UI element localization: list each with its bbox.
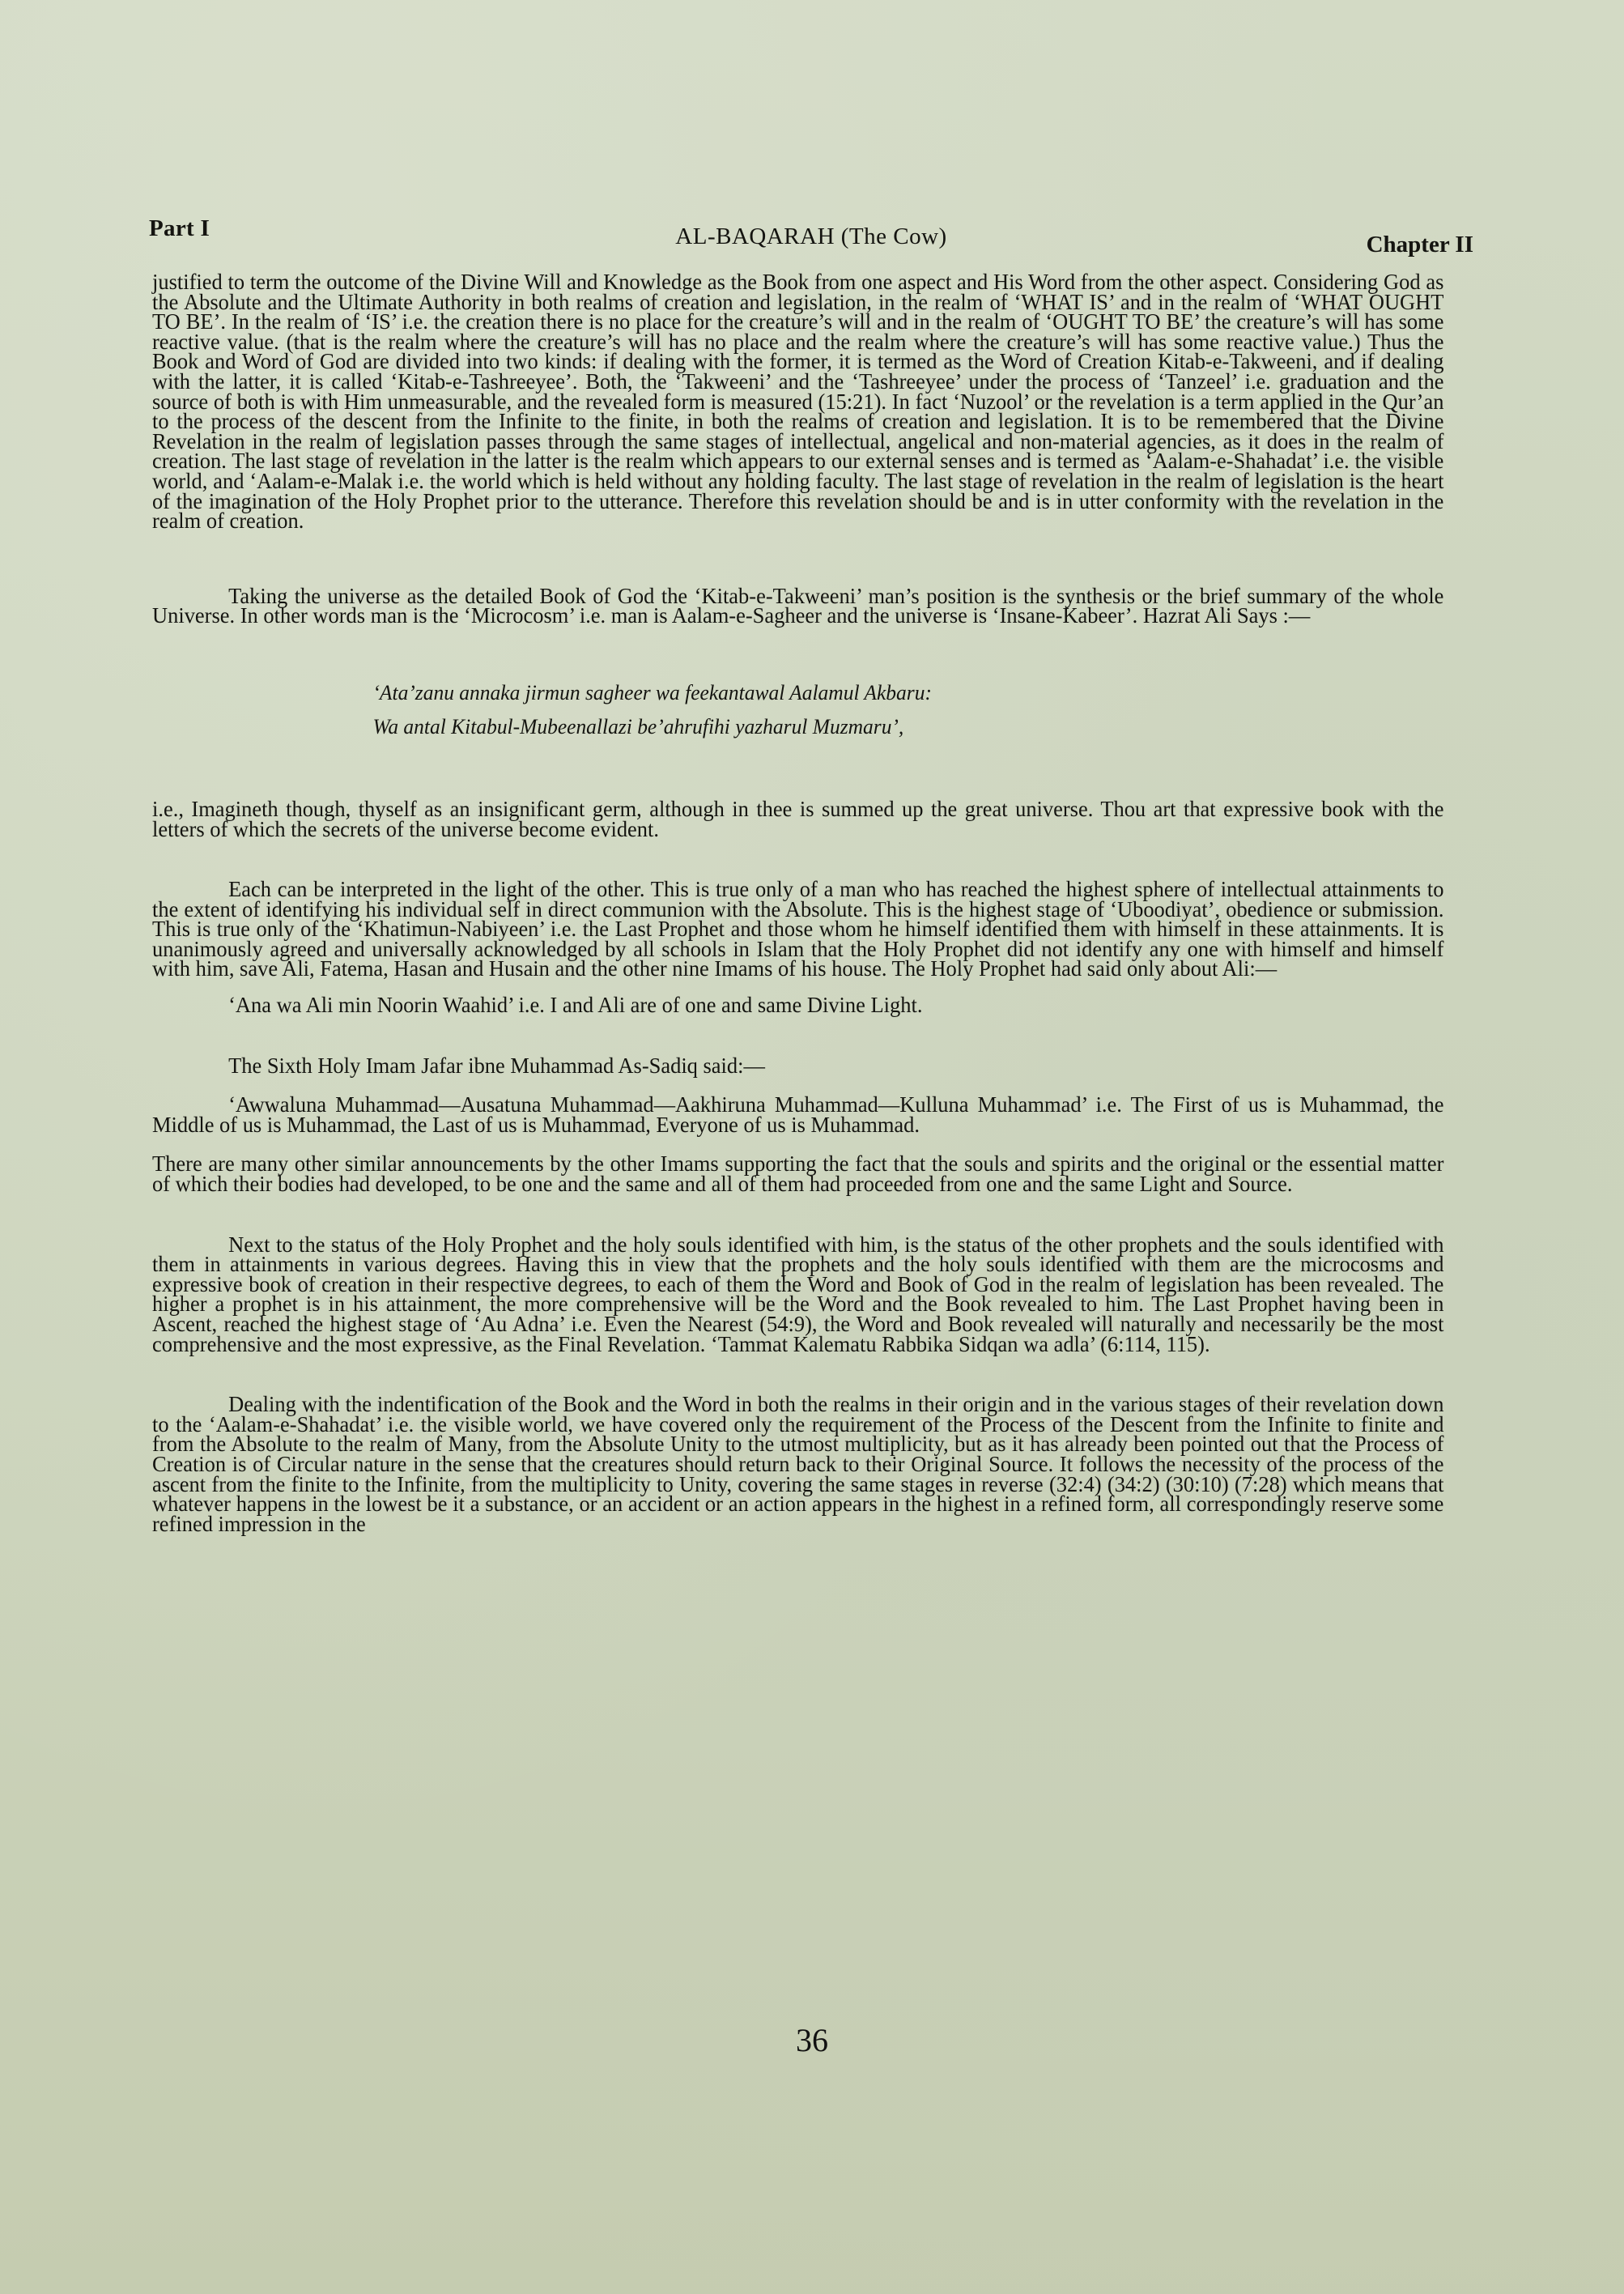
book-page: Part I AL-BAQARAH (The Cow) Chapter II j…	[0, 0, 1624, 2294]
chapter-title: AL-BAQARAH (The Cow)	[149, 223, 1473, 250]
paragraph-3: Each can be interpreted in the light of …	[152, 879, 1443, 979]
paragraph-6: Dealing with the indentification of the …	[152, 1394, 1443, 1534]
body-text: justified to term the outcome of the Div…	[152, 272, 1443, 1534]
paragraph-4: There are many other similar announcemen…	[152, 1154, 1443, 1194]
paragraph-5: Next to the status of the Holy Prophet a…	[152, 1235, 1443, 1355]
verse-line-1: ‘Ata’zanu annaka jirmun sagheer wa feeka…	[372, 676, 1443, 710]
page-number: 36	[0, 2021, 1624, 2059]
paragraph-translation: i.e., Imagineth though, thyself as an in…	[152, 799, 1443, 839]
verse-line-2: Wa antal Kitabul-Mubeenallazi be’ahrufih…	[372, 710, 1443, 744]
chapter-label: Chapter II	[1367, 232, 1473, 258]
hadith-muhammad-quote: ‘Awwaluna Muhammad—Ausatuna Muhammad—Aak…	[152, 1095, 1443, 1134]
paragraph-2: Taking the universe as the detailed Book…	[152, 586, 1443, 626]
running-header: Part I AL-BAQARAH (The Cow) Chapter II	[149, 212, 1473, 261]
paragraph-1: justified to term the outcome of the Div…	[152, 272, 1443, 531]
paragraph-imam-intro: The Sixth Holy Imam Jafar ibne Muhammad …	[152, 1056, 1443, 1076]
hadith-ali-quote: ‘Ana wa Ali min Noorin Waahid’ i.e. I an…	[152, 995, 1443, 1015]
verse-quote: ‘Ata’zanu annaka jirmun sagheer wa feeka…	[372, 676, 1443, 744]
